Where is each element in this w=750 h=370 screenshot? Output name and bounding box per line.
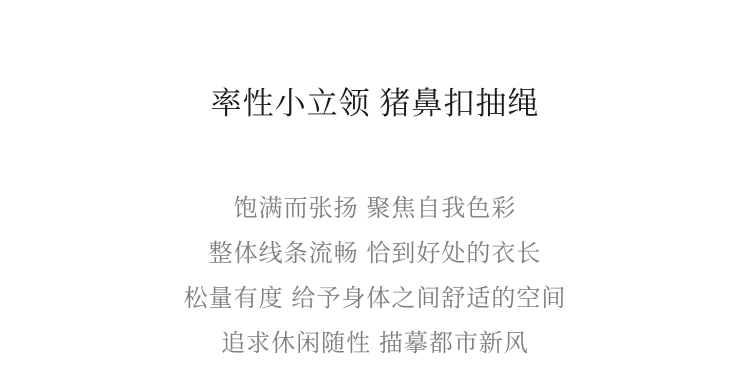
product-intro-section: 率性小立领 猪鼻扣抽绳 饱满而张扬 聚焦自我色彩 整体线条流畅 恰到好处的衣长 …	[0, 0, 750, 370]
product-description: 饱满而张扬 聚焦自我色彩 整体线条流畅 恰到好处的衣长 松量有度 给予身体之间舒…	[0, 186, 750, 366]
description-line: 松量有度 给予身体之间舒适的空间	[0, 276, 750, 321]
description-line: 追求休闲随性 描摹都市新风	[0, 321, 750, 366]
description-line: 饱满而张扬 聚焦自我色彩	[0, 186, 750, 231]
description-line: 整体线条流畅 恰到好处的衣长	[0, 231, 750, 276]
product-title: 率性小立领 猪鼻扣抽绳	[0, 0, 750, 123]
